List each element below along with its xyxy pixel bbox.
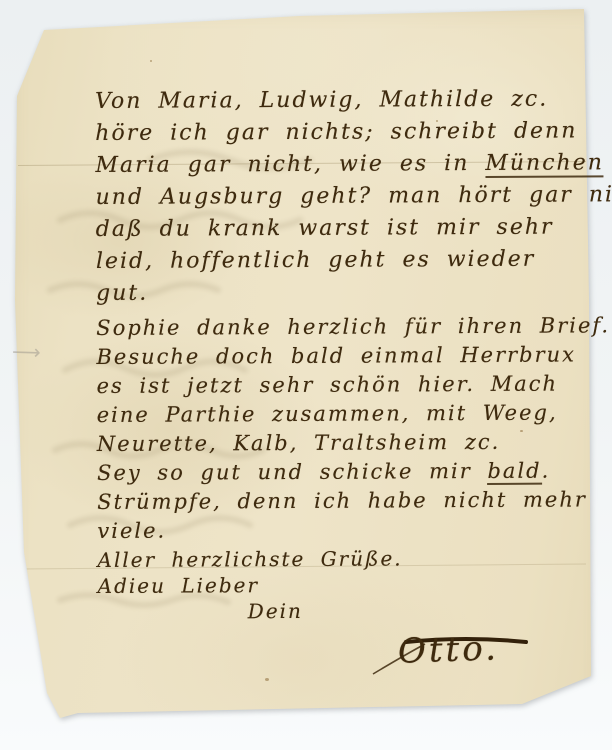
letter-line: viele. [97, 514, 589, 546]
letter-text-segment: leid, hoffentlich geht es wieder [96, 247, 535, 274]
scanned-letter-scene: ⟶ Von Maria, Ludwig, Mathilde zc.höre ic… [0, 0, 612, 750]
letter-text-segment: daß du krank warst ist mir sehr [96, 215, 554, 242]
letter-text-segment: . [542, 459, 551, 483]
letter-text-segment: Besuche doch bald einmal Herrbrux [96, 342, 576, 369]
letter-paragraph-2: Sophie danke herzlich für ihren Brief.Be… [96, 311, 589, 546]
letter-text-segment: Strümpfe, denn ich habe nicht mehr [97, 487, 587, 514]
pencil-arrow-mark: ⟶ [12, 339, 57, 365]
letter-line: Besuche doch bald einmal Herrbrux [96, 340, 588, 372]
underlined-word: bald [487, 459, 541, 485]
letter-line: daß du krank warst ist mir sehr [96, 211, 588, 246]
letter-text-segment: viele. [97, 519, 166, 543]
underlined-word: München [485, 150, 604, 178]
letter-text-segment: Aller herzlichste Grüße. [97, 546, 402, 572]
letter-line: höre ich gar nichts; schreibt denn [95, 115, 587, 150]
letter-text-segment: Sey so gut und schicke mir [97, 459, 488, 485]
letter-line: Adieu Lieber [98, 570, 590, 599]
letter-line: Von Maria, Ludwig, Mathilde zc. [95, 83, 587, 118]
letter-line: Sey so gut und schicke mir bald. [97, 456, 589, 488]
letter-text-block: Von Maria, Ludwig, Mathilde zc.höre ich … [95, 83, 590, 625]
letter-line: leid, hoffentlich geht es wieder [96, 243, 588, 278]
letter-line: gut. [96, 275, 588, 310]
paper-speck [150, 60, 152, 62]
letter-line: Aller herzlichste Grüße. [97, 544, 589, 573]
letter-paragraph-3: Aller herzlichste Grüße.Adieu LieberDein [97, 544, 589, 625]
letter-text-segment: höre ich gar nichts; schreibt denn [95, 118, 577, 146]
letter-line: es ist jetzt sehr schön hier. Mach [96, 369, 588, 401]
letter-text-segment: Von Maria, Ludwig, Mathilde zc. [95, 87, 548, 114]
letter-line: und Augsburg geht? man hört gar nichts. [96, 179, 588, 214]
letter-text-segment: es ist jetzt sehr schön hier. Mach [97, 372, 559, 398]
letter-line: Sophie danke herzlich für ihren Brief. [96, 311, 588, 343]
letter-text-segment: Dein [248, 599, 303, 623]
letter-line: Maria gar nicht, wie es in München [95, 147, 587, 182]
letter-line: Neurette, Kalb, Traltsheim zc. [97, 427, 589, 459]
letter-text-segment: Maria gar nicht, wie es in [95, 151, 485, 178]
letter-paragraph-1: Von Maria, Ludwig, Mathilde zc.höre ich … [95, 83, 588, 310]
letter-text-segment: Neurette, Kalb, Traltsheim zc. [97, 430, 501, 456]
letter-text-segment: gut. [96, 281, 148, 306]
letter-text-segment: und Augsburg geht? man hört gar nichts. [96, 182, 612, 210]
paper-speck [265, 678, 269, 681]
letter-line: Strümpfe, denn ich habe nicht mehr [97, 485, 589, 517]
letter-text-segment: Adieu Lieber [98, 573, 260, 598]
letter-text-segment: Sophie danke herzlich für ihren Brief. [96, 313, 610, 340]
signature-otto: Otto. [397, 628, 499, 671]
letter-line: eine Parthie zusammen, mit Weeg, [97, 398, 589, 430]
letter-text-segment: eine Parthie zusammen, mit Weeg, [97, 401, 558, 427]
